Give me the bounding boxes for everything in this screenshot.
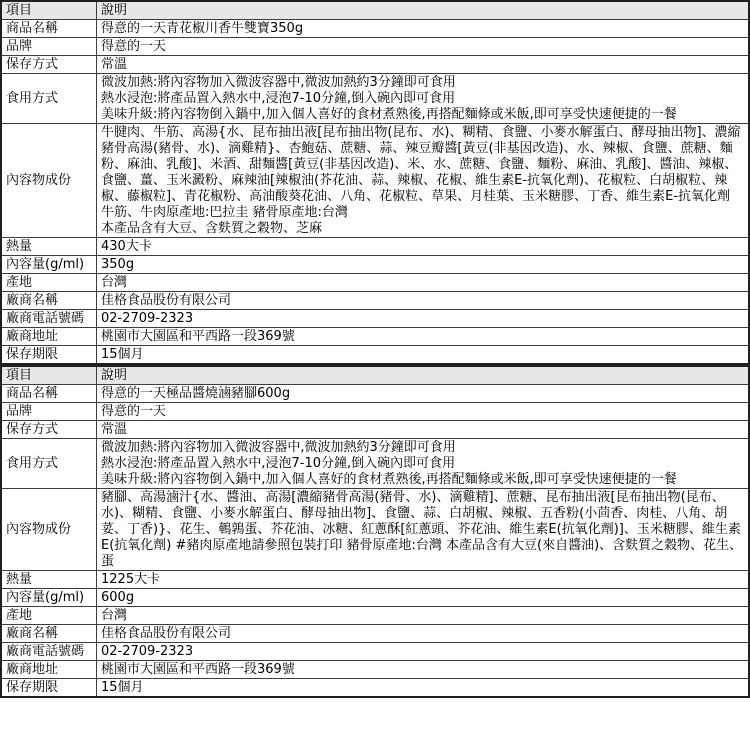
row-value-shelf-life: 15個月 — [97, 346, 750, 365]
row-value-phone: 02-2709-2323 — [97, 643, 750, 661]
row-value-ingredients: 豬腳、高湯滷汁{水、醬油、高湯[濃縮豬骨高湯(豬骨、水)、滴雞精]、蔗糖、昆布抽… — [97, 489, 750, 571]
row-value-origin: 台灣 — [97, 607, 750, 625]
row-value-storage: 常溫 — [97, 56, 750, 74]
product-spec-table-2: 項目 說明 商品名稱 得意的一天極品醬燒滷豬腳600g 品牌 得意的一天 保存方… — [0, 365, 750, 698]
row-label: 內容量(g/ml) — [1, 589, 97, 607]
row-value-net-content: 600g — [97, 589, 750, 607]
row-label: 廠商電話號碼 — [1, 643, 97, 661]
row-value-manufacturer: 佳格食品股份有限公司 — [97, 292, 750, 310]
row-label: 保存期限 — [1, 346, 97, 365]
row-value-calories: 430大卡 — [97, 238, 750, 256]
row-value-address: 桃園市大園區和平西路一段369號 — [97, 328, 750, 346]
row-value-product-name: 得意的一天極品醬燒滷豬腳600g — [97, 385, 750, 403]
row-value-origin: 台灣 — [97, 274, 750, 292]
header-item-cell: 項目 — [1, 366, 97, 385]
table-row-calories: 熱量 430大卡 — [1, 238, 749, 256]
row-label: 廠商地址 — [1, 328, 97, 346]
table-row-shelf-life: 保存期限 15個月 — [1, 679, 749, 698]
row-label: 食用方式 — [1, 74, 97, 124]
row-value-shelf-life: 15個月 — [97, 679, 750, 698]
row-label: 食用方式 — [1, 439, 97, 489]
table-row-brand: 品牌 得意的一天 — [1, 403, 749, 421]
table-row-phone: 廠商電話號碼 02-2709-2323 — [1, 310, 749, 328]
row-value-usage: 微波加熱:將內容物加入微波容器中,微波加熱約3分鐘即可食用 熱水浸泡:將產品置入… — [97, 74, 750, 124]
table-row-calories: 熱量 1225大卡 — [1, 571, 749, 589]
row-label: 品牌 — [1, 403, 97, 421]
row-label: 廠商名稱 — [1, 625, 97, 643]
row-value-address: 桃園市大園區和平西路一段369號 — [97, 661, 750, 679]
row-label: 內容量(g/ml) — [1, 256, 97, 274]
row-label: 熱量 — [1, 571, 97, 589]
table-row-phone: 廠商電話號碼 02-2709-2323 — [1, 643, 749, 661]
row-label: 保存期限 — [1, 679, 97, 698]
table-row-usage: 食用方式 微波加熱:將內容物加入微波容器中,微波加熱約3分鐘即可食用 熱水浸泡:… — [1, 439, 749, 489]
table-header-row: 項目 說明 — [1, 1, 749, 20]
header-description-cell: 說明 — [97, 366, 750, 385]
row-value-calories: 1225大卡 — [97, 571, 750, 589]
header-item-cell: 項目 — [1, 1, 97, 20]
row-label: 產地 — [1, 607, 97, 625]
table-row-storage: 保存方式 常溫 — [1, 56, 749, 74]
table-row-ingredients: 內容物成份 豬腳、高湯滷汁{水、醬油、高湯[濃縮豬骨高湯(豬骨、水)、滴雞精]、… — [1, 489, 749, 571]
row-value-ingredients: 牛腱肉、牛筋、高湯{水、昆布抽出液[昆布抽出物(昆布、水)、糊精、食鹽、小麥水解… — [97, 124, 750, 238]
table-row-net-content: 內容量(g/ml) 350g — [1, 256, 749, 274]
table-row-origin: 產地 台灣 — [1, 274, 749, 292]
row-value-brand: 得意的一天 — [97, 38, 750, 56]
table-header-row: 項目 說明 — [1, 366, 749, 385]
row-label: 商品名稱 — [1, 385, 97, 403]
table-row-brand: 品牌 得意的一天 — [1, 38, 749, 56]
row-label: 品牌 — [1, 38, 97, 56]
table-row-shelf-life: 保存期限 15個月 — [1, 346, 749, 365]
row-label: 內容物成份 — [1, 124, 97, 238]
table-row-product-name: 商品名稱 得意的一天極品醬燒滷豬腳600g — [1, 385, 749, 403]
table-row-storage: 保存方式 常溫 — [1, 421, 749, 439]
table-row-manufacturer: 廠商名稱 佳格食品股份有限公司 — [1, 625, 749, 643]
table-row-address: 廠商地址 桃園市大園區和平西路一段369號 — [1, 661, 749, 679]
row-label: 商品名稱 — [1, 20, 97, 38]
row-value-phone: 02-2709-2323 — [97, 310, 750, 328]
table-row-ingredients: 內容物成份 牛腱肉、牛筋、高湯{水、昆布抽出液[昆布抽出物(昆布、水)、糊精、食… — [1, 124, 749, 238]
table-row-net-content: 內容量(g/ml) 600g — [1, 589, 749, 607]
row-label: 內容物成份 — [1, 489, 97, 571]
row-label: 廠商名稱 — [1, 292, 97, 310]
table-row-usage: 食用方式 微波加熱:將內容物加入微波容器中,微波加熱約3分鐘即可食用 熱水浸泡:… — [1, 74, 749, 124]
product-spec-table-1: 項目 說明 商品名稱 得意的一天青花椒川香牛雙寶350g 品牌 得意的一天 保存… — [0, 0, 750, 365]
row-value-brand: 得意的一天 — [97, 403, 750, 421]
row-value-storage: 常溫 — [97, 421, 750, 439]
row-label: 熱量 — [1, 238, 97, 256]
row-value-manufacturer: 佳格食品股份有限公司 — [97, 625, 750, 643]
table-row-product-name: 商品名稱 得意的一天青花椒川香牛雙寶350g — [1, 20, 749, 38]
row-label: 保存方式 — [1, 421, 97, 439]
row-label: 保存方式 — [1, 56, 97, 74]
table-row-origin: 產地 台灣 — [1, 607, 749, 625]
table-row-address: 廠商地址 桃園市大園區和平西路一段369號 — [1, 328, 749, 346]
row-value-usage: 微波加熱:將內容物加入微波容器中,微波加熱約3分鐘即可食用 熱水浸泡:將產品置入… — [97, 439, 750, 489]
row-value-product-name: 得意的一天青花椒川香牛雙寶350g — [97, 20, 750, 38]
header-description-cell: 說明 — [97, 1, 750, 20]
row-value-net-content: 350g — [97, 256, 750, 274]
table-row-manufacturer: 廠商名稱 佳格食品股份有限公司 — [1, 292, 749, 310]
row-label: 廠商電話號碼 — [1, 310, 97, 328]
row-label: 產地 — [1, 274, 97, 292]
row-label: 廠商地址 — [1, 661, 97, 679]
